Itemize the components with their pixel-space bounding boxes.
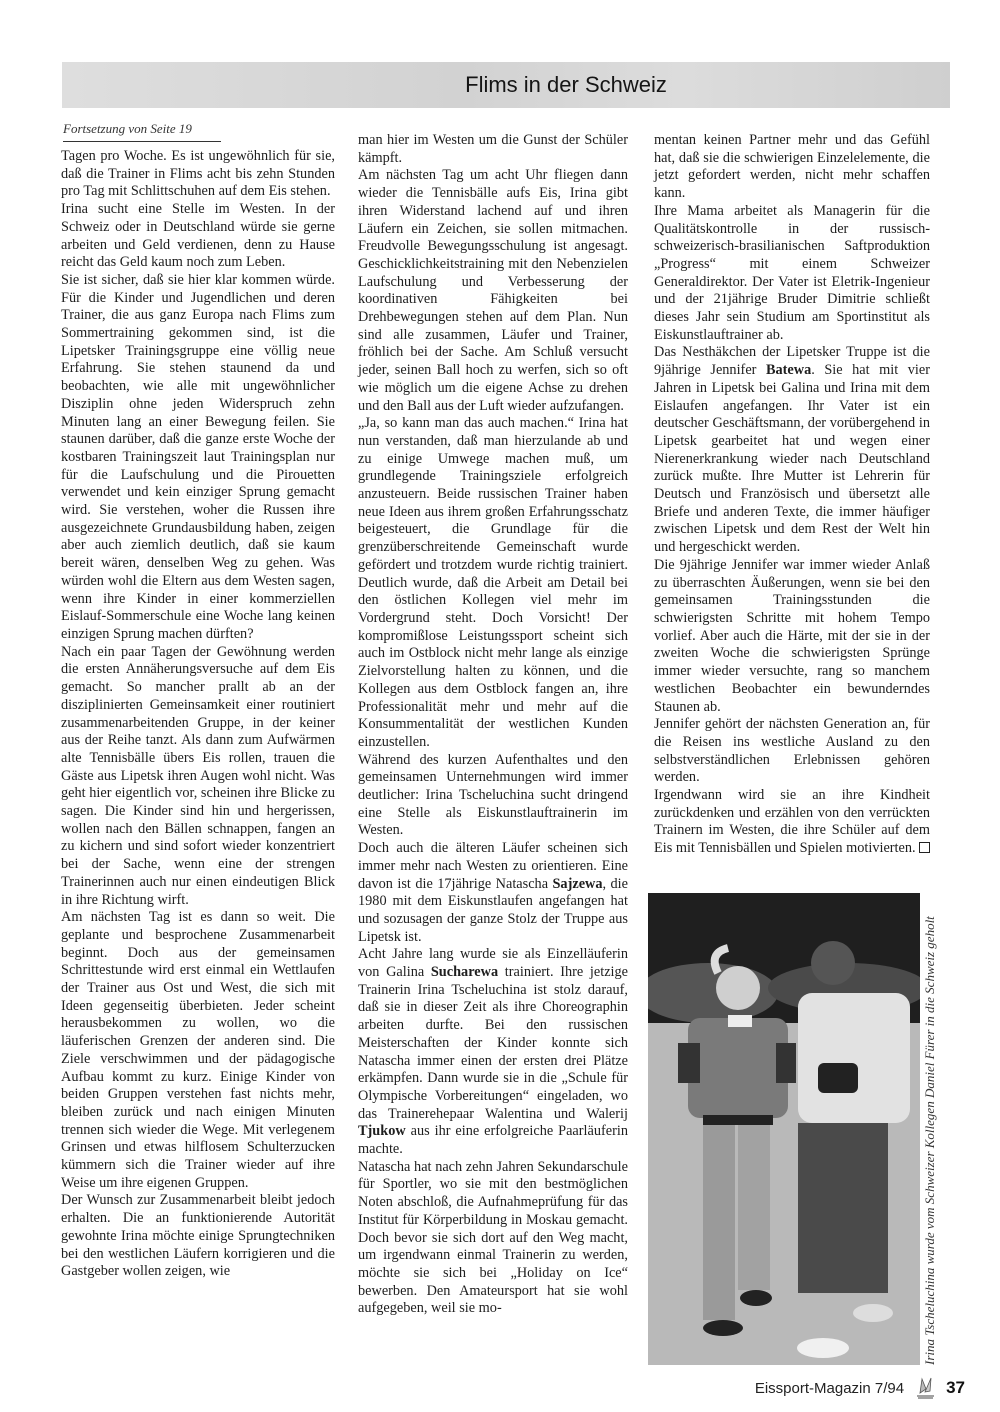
article-column-2: man hier im Westen um die Gunst der Schü… bbox=[358, 132, 628, 1318]
end-of-article-icon bbox=[919, 842, 930, 853]
paragraph: Jennifer gehört der nächsten Generation … bbox=[654, 716, 930, 787]
paragraph: Am nächsten Tag ist es dann so weit. Die… bbox=[61, 909, 335, 1192]
paragraph: mentan keinen Partner mehr und das Gefüh… bbox=[654, 132, 930, 203]
paragraph: Die 9jährige Jennifer war immer wieder A… bbox=[654, 557, 930, 716]
paragraph: Das Nesthäkchen der Lipetsker Truppe ist… bbox=[654, 344, 930, 556]
athlete-name: Batewa bbox=[766, 362, 811, 378]
paragraph: Am nächsten Tag um acht Uhr fliegen dann… bbox=[358, 167, 628, 415]
page-number: 37 bbox=[946, 1378, 965, 1398]
coach-name: Tjukow bbox=[358, 1123, 406, 1139]
paragraph: Ihre Mama arbeitet als Managerin für die… bbox=[654, 203, 930, 345]
paragraph: man hier im Westen um die Gunst der Schü… bbox=[358, 132, 628, 167]
coach-name: Sucharewa bbox=[431, 964, 498, 980]
text-run: . Sie hat mit vier Jahren in Lipetsk bei… bbox=[654, 362, 930, 555]
paragraph: „Ja, so kann man das auch machen.“ Irina… bbox=[358, 415, 628, 751]
skater-logo-icon bbox=[912, 1375, 938, 1401]
magazine-issue: Eissport-Magazin 7/94 bbox=[755, 1380, 904, 1397]
page-footer: Eissport-Magazin 7/94 37 bbox=[720, 1375, 965, 1401]
paragraph: Irgendwann wird sie an ihre Kindheit zur… bbox=[654, 787, 930, 858]
article-photo bbox=[648, 893, 920, 1365]
paragraph: Tagen pro Woche. Es ist ungewöhnlich für… bbox=[61, 148, 335, 201]
page-title: Flims in der Schweiz bbox=[62, 72, 950, 98]
paragraph: Sie ist sicher, daß sie hier klar kommen… bbox=[61, 272, 335, 644]
paragraph: Acht Jahre lang wurde sie als Einzelläuf… bbox=[358, 946, 628, 1158]
paragraph: Der Wunsch zur Zusammenarbeit bleibt jed… bbox=[61, 1192, 335, 1281]
paragraph: Irina sucht eine Stelle im Westen. In de… bbox=[61, 201, 335, 272]
text-run: Irgendwann wird sie an ihre Kindheit zur… bbox=[654, 787, 930, 856]
paragraph: Nach ein paar Tagen der Gewöhnung werden… bbox=[61, 644, 335, 910]
text-run: trainiert. Ihre jetzige Trainerin Irina … bbox=[358, 964, 628, 1122]
athlete-name: Sajzewa bbox=[552, 876, 602, 892]
continuation-note: Fortsetzung von Seite 19 bbox=[63, 121, 221, 142]
paragraph: Natascha hat nach zehn Jahren Sekundarsc… bbox=[358, 1159, 628, 1318]
paragraph: Während des kurzen Aufenthaltes und den … bbox=[358, 752, 628, 841]
article-column-1: Tagen pro Woche. Es ist ungewöhnlich für… bbox=[61, 148, 335, 1281]
photo-caption: Irina Tscheluchina wurde vom Schweizer K… bbox=[922, 895, 938, 1365]
photo-illustration bbox=[648, 893, 920, 1365]
paragraph: Doch auch die älteren Läufer scheinen si… bbox=[358, 840, 628, 946]
article-column-3: mentan keinen Partner mehr und das Gefüh… bbox=[654, 132, 930, 858]
